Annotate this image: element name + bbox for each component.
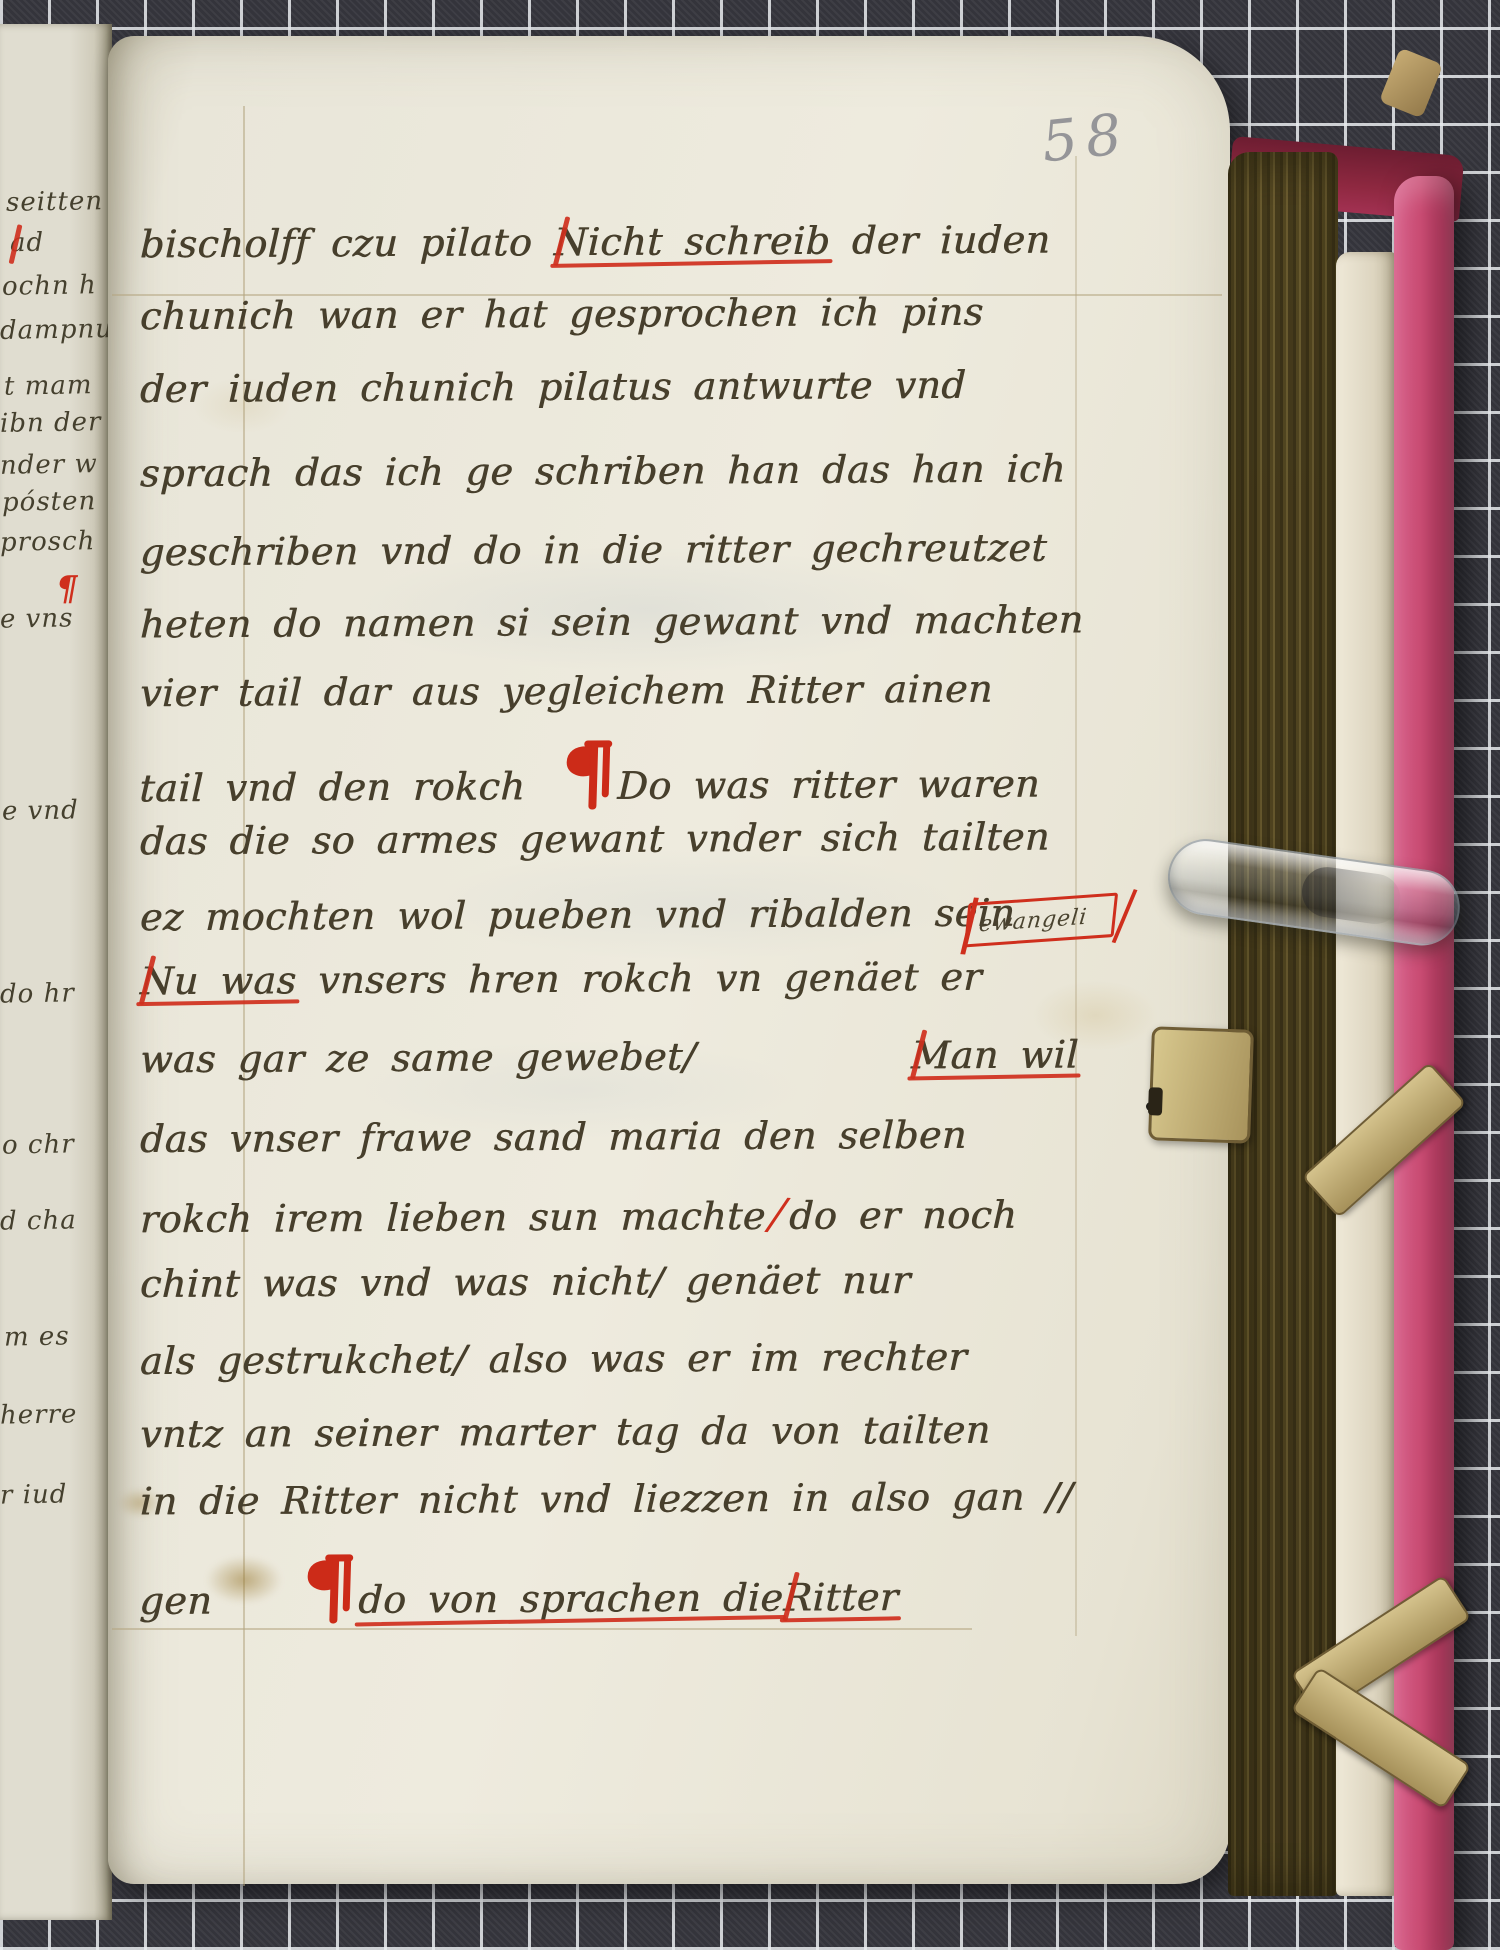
manuscript-line: gendo von sprachen die Ritter [139,1550,900,1614]
ink-text: vier tail dar aus yegleichem Ritter aine… [139,667,993,715]
rubric-pilcrow-icon [305,1553,354,1642]
ink-text: sprach das ich ge schriben han das han i… [139,447,1066,496]
clasp-catch-plate [1148,1026,1254,1143]
manuscript-line: sprach das ich ge schriben han das han i… [139,441,1067,506]
manuscript-line: in die Ritter nicht vnd liezzen in also … [139,1469,1074,1534]
manuscript-line: das die so armes gewant vnder sich tailt… [139,809,1051,874]
ink-text: das vnser frawe sand maria den selben [139,1113,967,1161]
manuscript-line: der iuden chunich pilatus antwurte vnd [139,357,967,421]
ink-text: was gar ze same gewebet/ [139,1035,696,1082]
rubricated-text: do von sprachen die [357,1570,784,1628]
ink-text: chunich wan er hat gesprochen ich pins [139,290,984,338]
manuscript-line: Nu was vnsers hren rokch vn genäet er [139,949,983,1013]
marginal-note-text: ewangeli [978,904,1089,937]
manuscript-line: als gestrukchet/ also was er im rechter [139,1329,968,1393]
ink-text: do er noch [788,1193,1017,1238]
ink-text: geschriben vnd do in die ritter gechreut… [139,526,1047,575]
manuscript-line: vntz an seiner marter tag da von tailten [139,1402,991,1466]
manuscript-line: geschriben vnd do in die ritter gechreut… [139,520,1048,585]
red-slash-mark: / [766,1186,789,1243]
spacing-gap [525,798,559,799]
rubricated-text-with-initial-stroke: Ritter [783,1569,900,1626]
manuscript-photo: seittenadochn hdampnut mamibn dernder wp… [0,0,1500,1950]
manuscript-line: heten do namen si sein gewant vnd machte… [139,592,1084,657]
rubricated-text-with-initial-stroke: Nicht schreib [553,213,831,270]
pink-chemise-cover [1394,176,1454,1950]
manuscript-line: bischolff czu pilato Nicht schreib der i… [139,212,1051,277]
manuscript-line: rokch irem lieben sun machte/do er noch [139,1186,1018,1251]
page-block-fore-edge [1228,152,1338,1896]
ink-text: der iuden chunich pilatus antwurte vnd [139,363,966,411]
manuscript-line: vier tail dar aus yegleichem Ritter aine… [139,661,994,725]
ink-text: chint was vnd was nicht/ genäet nur [139,1258,911,1306]
rubricated-text-with-initial-stroke: Nu was [139,952,297,1009]
manuscript-line: das vnser frawe sand maria den selben [139,1107,968,1171]
ink-text: der iuden [830,218,1051,263]
ink-text: heten do namen si sein gewant vnd machte… [139,598,1084,647]
ink-text: vntz an seiner marter tag da von tailten [139,1408,991,1456]
ink-text: gen [139,1579,213,1623]
spacing-gap [212,1612,300,1613]
manuscript-line: tail vnd den rokchDo was ritter waren [139,737,1041,802]
ink-text: ez mochten wol pueben vnd ribalden sein [139,891,1016,940]
rubricated-text-with-initial-stroke: Man wil [910,1027,1079,1084]
manuscript-line: chunich wan er hat gesprochen ich pins [139,284,984,348]
ink-text: bischolff czu pilato [139,220,554,266]
ink-text: vnsers hren rokch vn genäet er [296,955,983,1003]
ink-text: Do was ritter waren [617,762,1041,808]
ink-text: rokch irem lieben sun machte [139,1194,766,1241]
ink-text: als gestrukchet/ also was er im rechter [139,1335,967,1383]
ink-text: tail vnd den rokch [139,764,526,810]
ink-text: das die so armes gewant vnder sich tailt… [139,815,1050,864]
spacing-gap [696,1067,911,1069]
ink-text: in die Ritter nicht vnd liezzen in also … [139,1475,1073,1524]
manuscript-line: ez mochten wol pueben vnd ribalden sein [139,885,1016,950]
manuscript-line: chint was vnd was nicht/ genäet nur [139,1252,911,1316]
manuscript-line: was gar ze same gewebet/Man wil [139,1027,1079,1092]
